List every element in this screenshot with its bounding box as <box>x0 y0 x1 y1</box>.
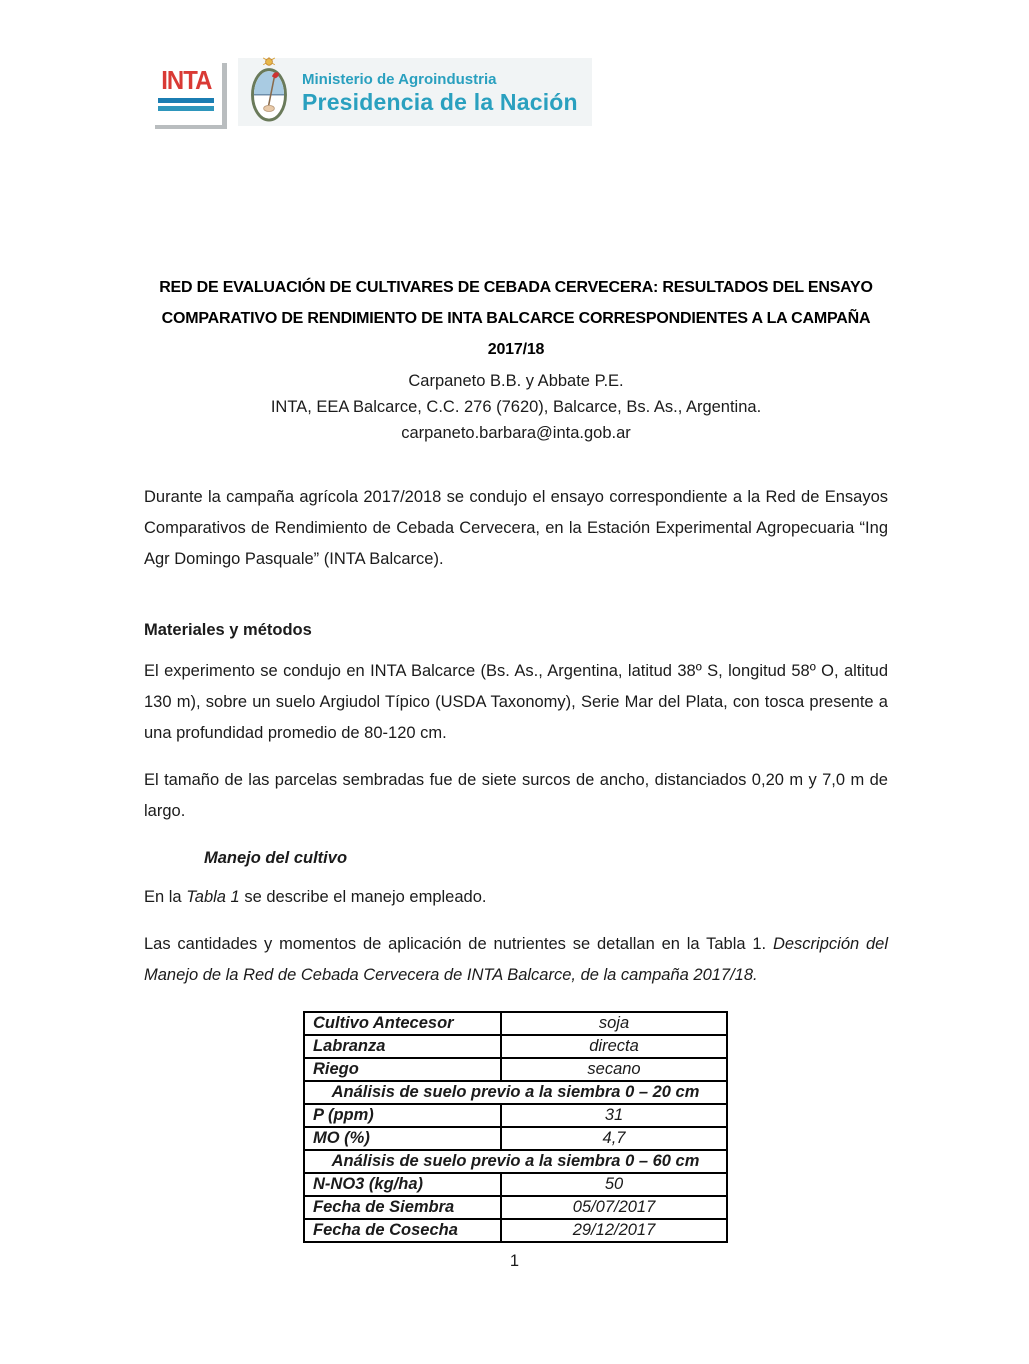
table-cell-label: Riego <box>304 1058 501 1081</box>
table-cell-label: Labranza <box>304 1035 501 1058</box>
paragraph-intro: Durante la campaña agrícola 2017/2018 se… <box>144 482 888 575</box>
table-row: Labranza directa <box>304 1035 727 1058</box>
paragraph-experimento: El experimento se condujo en INTA Balcar… <box>144 656 888 749</box>
paragraph-tabla1: En la Tabla 1 se describe el manejo empl… <box>144 882 888 913</box>
paragraph-parcelas: El tamaño de las parcelas sembradas fue … <box>144 765 888 827</box>
coat-of-arms-icon <box>246 57 292 128</box>
document-title: RED DE EVALUACIÓN DE CULTIVARES DE CEBAD… <box>144 272 888 365</box>
paragraph-tabla1-ref: Tabla 1 <box>186 888 240 906</box>
table-row: Fecha de Siembra 05/07/2017 <box>304 1196 727 1219</box>
author-email: carpaneto.barbara@inta.gob.ar <box>144 420 888 446</box>
table-cell-value: 31 <box>501 1104 727 1127</box>
table-cell-label: MO (%) <box>304 1127 501 1150</box>
table-cell-value: 50 <box>501 1173 727 1196</box>
page-number: 1 <box>0 1252 1029 1271</box>
inta-logo-text: INTA <box>161 67 211 93</box>
table-cell-label: Fecha de Cosecha <box>304 1219 501 1242</box>
table-section-header: Análisis de suelo previo a la siembra 0 … <box>304 1081 727 1104</box>
table-cell-value: secano <box>501 1058 727 1081</box>
inta-logo-stripe-top <box>158 98 214 103</box>
document-content: INTA <box>144 58 888 1243</box>
table-cell-value: 4,7 <box>501 1127 727 1150</box>
table-row: Cultivo Antecesor soja <box>304 1012 727 1035</box>
table-cell-value: soja <box>501 1012 727 1035</box>
table-cell-label: P (ppm) <box>304 1104 501 1127</box>
table-row: Riego secano <box>304 1058 727 1081</box>
presidencia-name: Presidencia de la Nación <box>302 89 578 115</box>
tabla-manejo: Cultivo Antecesor soja Labranza directa … <box>303 1011 728 1243</box>
table-cell-value: 05/07/2017 <box>501 1196 727 1219</box>
ministry-banner: Ministerio de Agroindustria Presidencia … <box>238 58 592 126</box>
ministry-text: Ministerio de Agroindustria Presidencia … <box>302 70 578 115</box>
author-names: Carpaneto B.B. y Abbate P.E. <box>144 368 888 394</box>
table-cell-label: Fecha de Siembra <box>304 1196 501 1219</box>
ministry-name: Ministerio de Agroindustria <box>302 70 578 89</box>
inta-logo-stripe-bottom <box>158 106 214 111</box>
table-section-row: Análisis de suelo previo a la siembra 0 … <box>304 1081 727 1104</box>
authors-block: Carpaneto B.B. y Abbate P.E. INTA, EEA B… <box>144 368 888 446</box>
author-affiliation: INTA, EEA Balcarce, C.C. 276 (7620), Bal… <box>144 394 888 420</box>
heading-materiales-y-metodos: Materiales y métodos <box>144 621 888 640</box>
table-section-header: Análisis de suelo previo a la siembra 0 … <box>304 1150 727 1173</box>
table-cell-label: N-NO3 (kg/ha) <box>304 1173 501 1196</box>
table-cell-value: 29/12/2017 <box>501 1219 727 1242</box>
paragraph-nutrientes-normal: Las cantidades y momentos de aplicación … <box>144 935 773 953</box>
table-cell-value: directa <box>501 1035 727 1058</box>
paragraph-tabla1-pre: En la <box>144 888 186 906</box>
paragraph-nutrientes: Las cantidades y momentos de aplicación … <box>144 929 888 991</box>
table-section-row: Análisis de suelo previo a la siembra 0 … <box>304 1150 727 1173</box>
table-row: MO (%) 4,7 <box>304 1127 727 1150</box>
heading-manejo-del-cultivo: Manejo del cultivo <box>204 849 888 868</box>
document-page: INTA <box>0 0 1029 1364</box>
table-cell-label: Cultivo Antecesor <box>304 1012 501 1035</box>
document-title-line2: COMPARATIVO DE RENDIMIENTO DE INTA BALCA… <box>144 303 888 334</box>
table-row: N-NO3 (kg/ha) 50 <box>304 1173 727 1196</box>
table-row: Fecha de Cosecha 29/12/2017 <box>304 1219 727 1242</box>
inta-logo: INTA <box>150 59 222 125</box>
paragraph-tabla1-post: se describe el manejo empleado. <box>240 888 487 906</box>
header-banner: INTA <box>144 58 888 128</box>
document-title-line3: 2017/18 <box>144 334 888 365</box>
table-row: P (ppm) 31 <box>304 1104 727 1127</box>
document-title-line1: RED DE EVALUACIÓN DE CULTIVARES DE CEBAD… <box>144 272 888 303</box>
